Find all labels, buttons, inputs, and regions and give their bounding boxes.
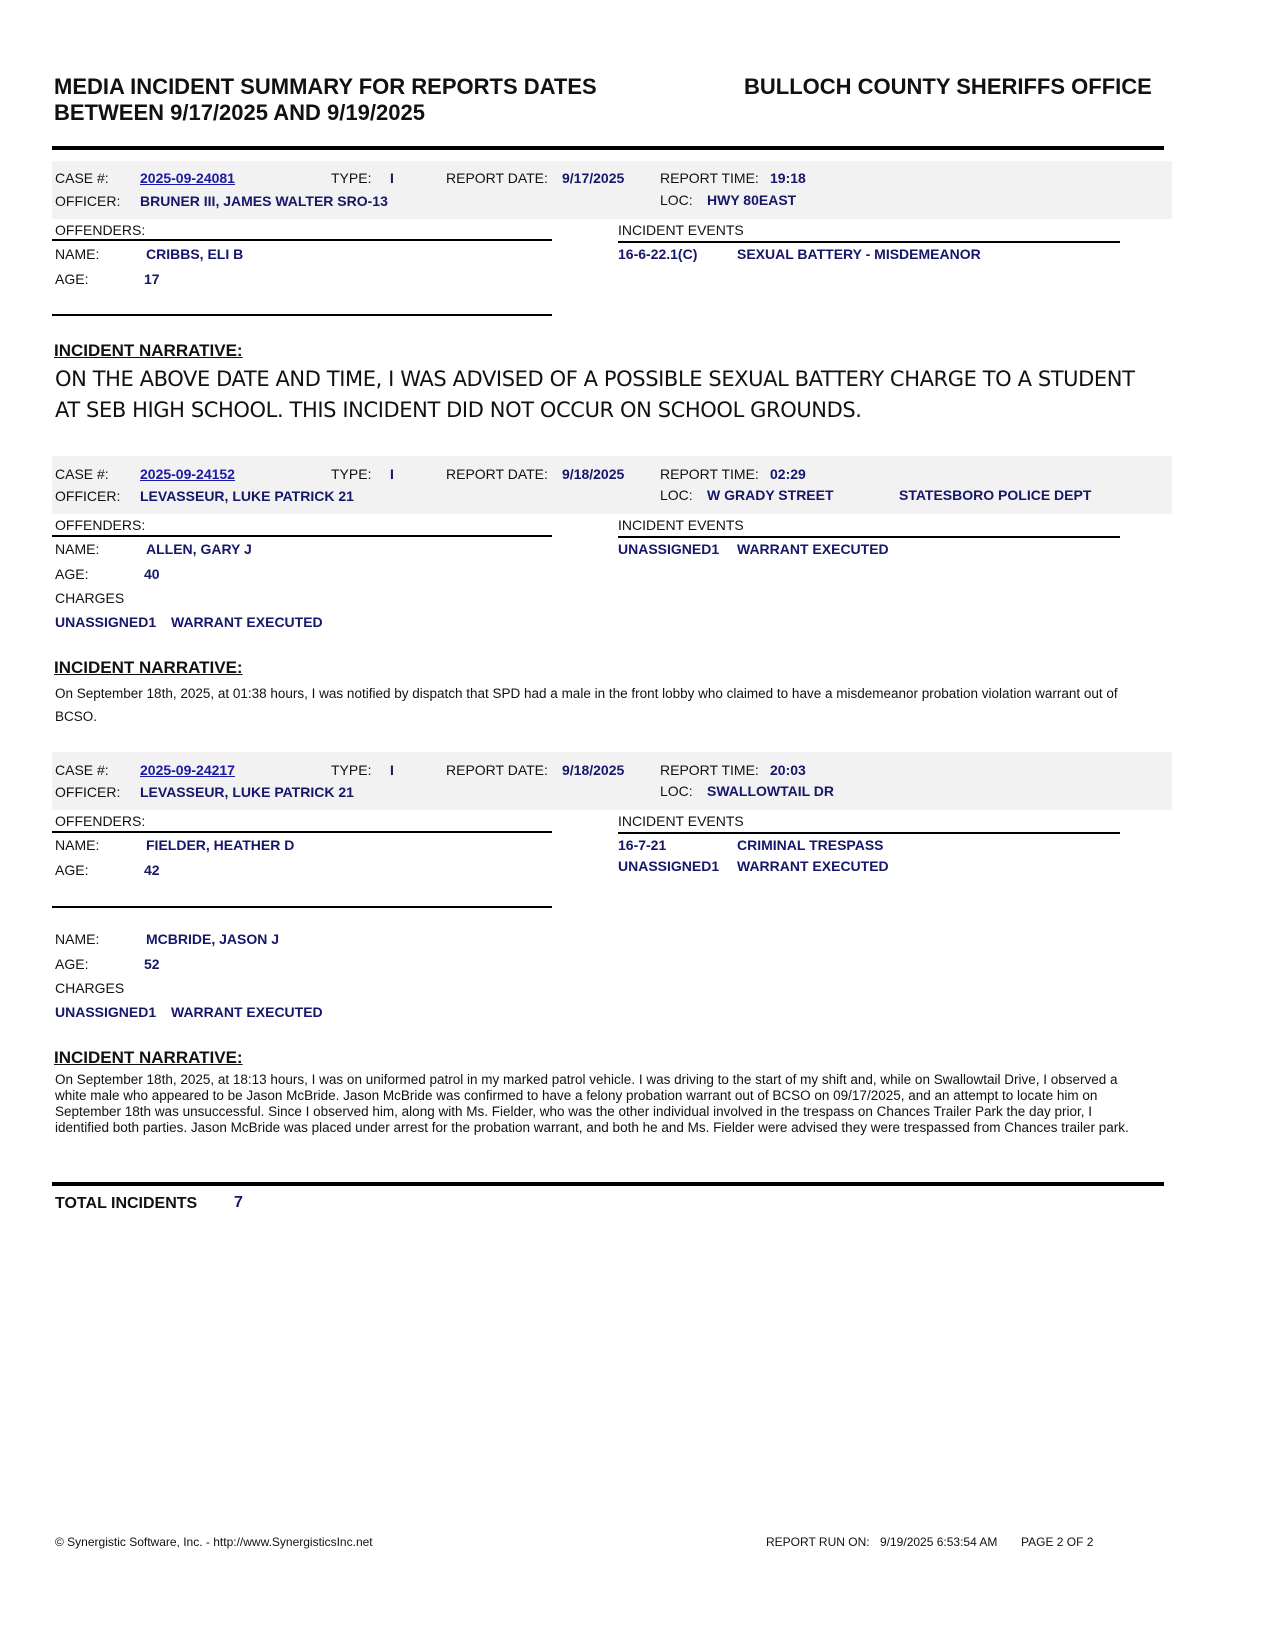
loc-value: HWY 80EAST: [707, 192, 796, 208]
offender-age: 17: [144, 271, 160, 287]
offenders-label: OFFENDERS:: [55, 222, 145, 238]
type-value: I: [390, 466, 394, 482]
officer-value: LEVASSEUR, LUKE PATRICK 21: [140, 488, 354, 504]
offender-name: MCBRIDE, JASON J: [146, 931, 279, 947]
narrative-heading: INCIDENT NARRATIVE:: [54, 341, 243, 361]
report-date-label: REPORT DATE:: [446, 170, 548, 186]
narrative-text: ON THE ABOVE DATE AND TIME, I WAS ADVISE…: [55, 364, 1165, 426]
report-date-label: REPORT DATE:: [446, 762, 548, 778]
report-date-value: 9/18/2025: [562, 762, 624, 778]
total-incidents-label: TOTAL INCIDENTS: [55, 1195, 197, 1213]
name-label: NAME:: [55, 541, 99, 557]
incident-events-label: INCIDENT EVENTS: [618, 222, 744, 238]
page-indicator: PAGE 2 OF 2: [1021, 1535, 1093, 1549]
loc-value: SWALLOWTAIL DR: [707, 783, 834, 799]
header-divider: [52, 146, 1164, 150]
offenders-divider: [52, 239, 552, 241]
loc-label: LOC:: [660, 487, 693, 503]
charges-label: CHARGES: [55, 590, 124, 606]
charge-desc: WARRANT EXECUTED: [171, 614, 323, 630]
incident-events-label: INCIDENT EVENTS: [618, 517, 744, 533]
offender-name: ALLEN, GARY J: [146, 541, 252, 557]
case-number-link[interactable]: 2025-09-24081: [140, 170, 235, 186]
type-value: I: [390, 762, 394, 778]
offender-age: 40: [144, 566, 160, 582]
total-incidents-value: 7: [234, 1194, 243, 1212]
loc-label: LOC:: [660, 192, 693, 208]
event-code: 16-6-22.1(C): [618, 246, 697, 262]
offender-end-divider: [52, 314, 552, 316]
loc-value: W GRADY STREET: [707, 487, 834, 503]
name-label: NAME:: [55, 931, 99, 947]
offender-name: CRIBBS, ELI B: [146, 246, 243, 262]
report-date-value: 9/17/2025: [562, 170, 624, 186]
type-label: TYPE:: [331, 762, 371, 778]
name-label: NAME:: [55, 837, 99, 853]
incident-events-label: INCIDENT EVENTS: [618, 813, 744, 829]
events-divider: [618, 536, 1120, 538]
loc-agency-value: STATESBORO POLICE DEPT: [899, 487, 1091, 503]
age-label: AGE:: [55, 566, 88, 582]
event-code: 16-7-21: [618, 837, 666, 853]
totals-divider: [52, 1182, 1164, 1186]
type-value: I: [390, 170, 394, 186]
report-run-value: 9/19/2025 6:53:54 AM: [880, 1535, 997, 1549]
report-title-line1: MEDIA INCIDENT SUMMARY FOR REPORTS DATES: [54, 74, 597, 100]
report-date-value: 9/18/2025: [562, 466, 624, 482]
offenders-divider: [52, 535, 552, 537]
event-desc: CRIMINAL TRESPASS: [737, 837, 884, 853]
report-title-line2: BETWEEN 9/17/2025 AND 9/19/2025: [54, 100, 425, 126]
age-label: AGE:: [55, 956, 88, 972]
report-date-label: REPORT DATE:: [446, 466, 548, 482]
charge-code: UNASSIGNED1: [55, 1004, 156, 1020]
offender-age: 42: [144, 862, 160, 878]
offender-end-divider: [52, 906, 552, 908]
case-number-link[interactable]: 2025-09-24217: [140, 762, 235, 778]
report-time-value: 02:29: [770, 466, 806, 482]
case-header-band: [52, 456, 1172, 514]
officer-label: OFFICER:: [55, 488, 120, 504]
event-code: UNASSIGNED1: [618, 541, 719, 557]
offenders-label: OFFENDERS:: [55, 813, 145, 829]
age-label: AGE:: [55, 271, 88, 287]
officer-value: BRUNER III, JAMES WALTER SRO-13: [140, 193, 388, 209]
charges-label: CHARGES: [55, 980, 124, 996]
loc-label: LOC:: [660, 783, 693, 799]
offenders-label: OFFENDERS:: [55, 517, 145, 533]
footer-copyright: © Synergistic Software, Inc. - http://ww…: [55, 1535, 373, 1549]
event-desc: WARRANT EXECUTED: [737, 858, 889, 874]
offender-age: 52: [144, 956, 160, 972]
case-label: CASE #:: [55, 762, 109, 778]
charge-desc: WARRANT EXECUTED: [171, 1004, 323, 1020]
report-time-label: REPORT TIME:: [660, 170, 759, 186]
events-divider: [618, 241, 1120, 243]
event-desc: SEXUAL BATTERY - MISDEMEANOR: [737, 246, 981, 262]
report-time-value: 19:18: [770, 170, 806, 186]
narrative-text: On September 18th, 2025, at 01:38 hours,…: [55, 682, 1155, 728]
charge-code: UNASSIGNED1: [55, 614, 156, 630]
offender-name: FIELDER, HEATHER D: [146, 837, 294, 853]
report-time-label: REPORT TIME:: [660, 466, 759, 482]
case-header-band: [52, 752, 1172, 810]
type-label: TYPE:: [331, 466, 371, 482]
event-code: UNASSIGNED1: [618, 858, 719, 874]
case-label: CASE #:: [55, 170, 109, 186]
type-label: TYPE:: [331, 170, 371, 186]
report-time-label: REPORT TIME:: [660, 762, 759, 778]
officer-label: OFFICER:: [55, 193, 120, 209]
report-run-label: REPORT RUN ON:: [766, 1535, 870, 1549]
event-desc: WARRANT EXECUTED: [737, 541, 889, 557]
narrative-heading: INCIDENT NARRATIVE:: [54, 658, 243, 678]
name-label: NAME:: [55, 246, 99, 262]
report-time-value: 20:03: [770, 762, 806, 778]
narrative-heading: INCIDENT NARRATIVE:: [54, 1048, 243, 1068]
case-number-link[interactable]: 2025-09-24152: [140, 466, 235, 482]
officer-value: LEVASSEUR, LUKE PATRICK 21: [140, 784, 354, 800]
age-label: AGE:: [55, 862, 88, 878]
narrative-text: On September 18th, 2025, at 18:13 hours,…: [55, 1072, 1140, 1136]
case-label: CASE #:: [55, 466, 109, 482]
events-divider: [618, 832, 1120, 834]
officer-label: OFFICER:: [55, 784, 120, 800]
agency-name: BULLOCH COUNTY SHERIFFS OFFICE: [744, 74, 1152, 100]
offenders-divider: [52, 831, 552, 833]
